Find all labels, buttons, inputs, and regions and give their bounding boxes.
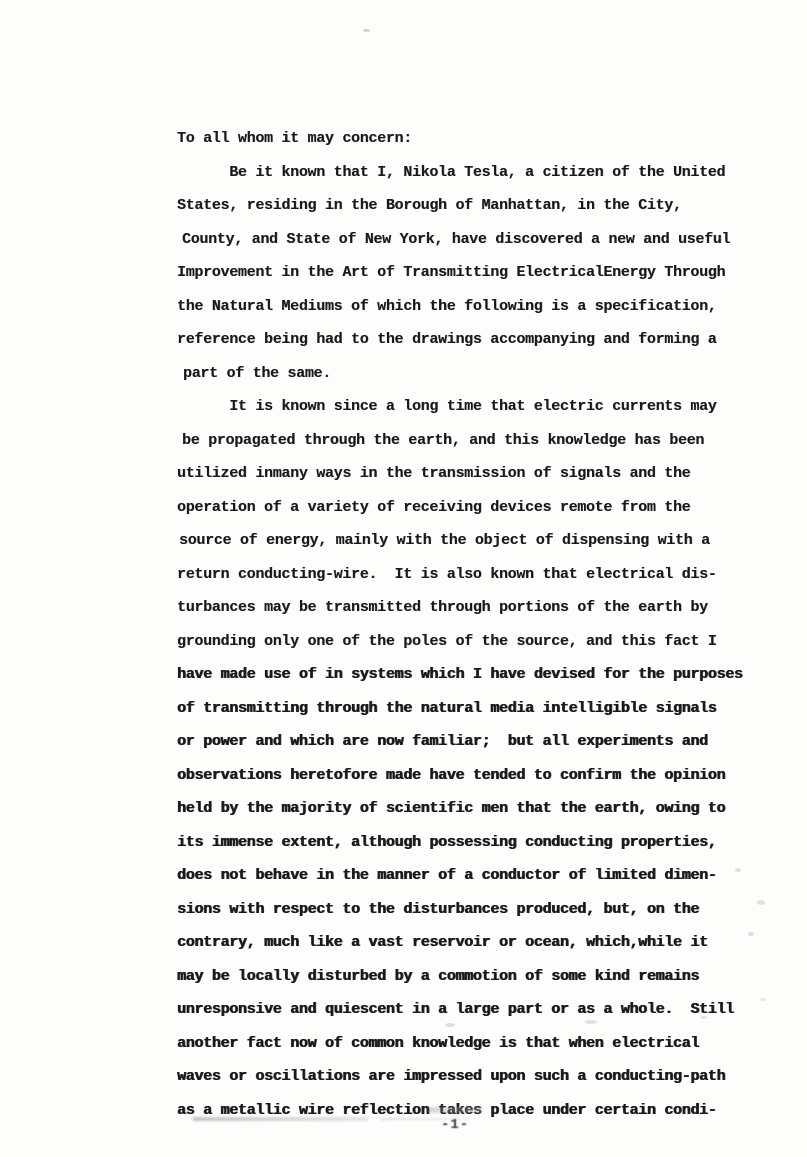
scan-speck [760, 998, 766, 1001]
paragraph-intro: Be it known that I, Nikola Tesla, a citi… [177, 156, 762, 391]
text-line: its immense extent, although possessing … [177, 826, 762, 860]
text-line: part of the same. [183, 357, 762, 391]
text-line: waves or oscillations are impressed upon… [177, 1060, 762, 1094]
scan-speck [735, 868, 741, 872]
text-line: held by the majority of scientific men t… [177, 792, 762, 826]
scan-speck [757, 900, 765, 905]
text-line: turbances may be transmitted through por… [177, 591, 762, 625]
page-number: -1- [441, 1117, 469, 1133]
document-page: To all whom it may concern: Be it known … [0, 0, 807, 1157]
text-line: reference being had to the drawings acco… [177, 323, 762, 357]
text-line: unresponsive and quiescent in a large pa… [177, 993, 762, 1027]
text-line: return conducting-wire. It is also known… [177, 558, 762, 592]
paragraph-body: It is known since a long time that elect… [177, 390, 762, 1127]
text-line: It is known since a long time that elect… [177, 390, 762, 424]
text-line: does not behave in the manner of a condu… [177, 859, 762, 893]
text-line: be propagated through the earth, and thi… [182, 424, 762, 458]
text-line: utilized inmany ways in the transmission… [177, 457, 762, 491]
text-line: contrary, much like a vast reservoir or … [177, 926, 762, 960]
text-line: have made use of in systems which I have… [177, 658, 762, 692]
scan-speck [445, 1023, 455, 1027]
text-line: or power and which are now familiar; but… [177, 725, 762, 759]
scan-smudge [428, 1107, 483, 1113]
scan-smudge [193, 1117, 368, 1121]
text-line: observations heretofore made have tended… [177, 759, 762, 793]
text-line: of transmitting through the natural medi… [177, 692, 762, 726]
text-line: Be it known that I, Nikola Tesla, a citi… [177, 156, 762, 190]
text-line: may be locally disturbed by a commotion … [177, 960, 762, 994]
scan-speck [700, 1016, 707, 1019]
text-line: operation of a variety of receiving devi… [177, 491, 762, 525]
text-line: States, residing in the Borough of Manha… [177, 189, 762, 223]
salutation-line: To all whom it may concern: [177, 122, 762, 156]
text-line: sions with respect to the disturbances p… [177, 893, 762, 927]
text-line: the Natural Mediums of which the followi… [177, 290, 762, 324]
scan-speck [363, 29, 370, 32]
text-line: source of energy, mainly with the object… [179, 524, 762, 558]
text-line: grounding only one of the poles of the s… [177, 625, 762, 659]
text-line: another fact now of common knowledge is … [177, 1027, 762, 1061]
text-line: County, and State of New York, have disc… [182, 223, 762, 257]
document-text: To all whom it may concern: Be it known … [177, 122, 762, 1127]
scan-speck [748, 932, 754, 936]
scan-speck [585, 1020, 597, 1024]
text-line: Improvement in the Art of Transmitting E… [177, 256, 762, 290]
